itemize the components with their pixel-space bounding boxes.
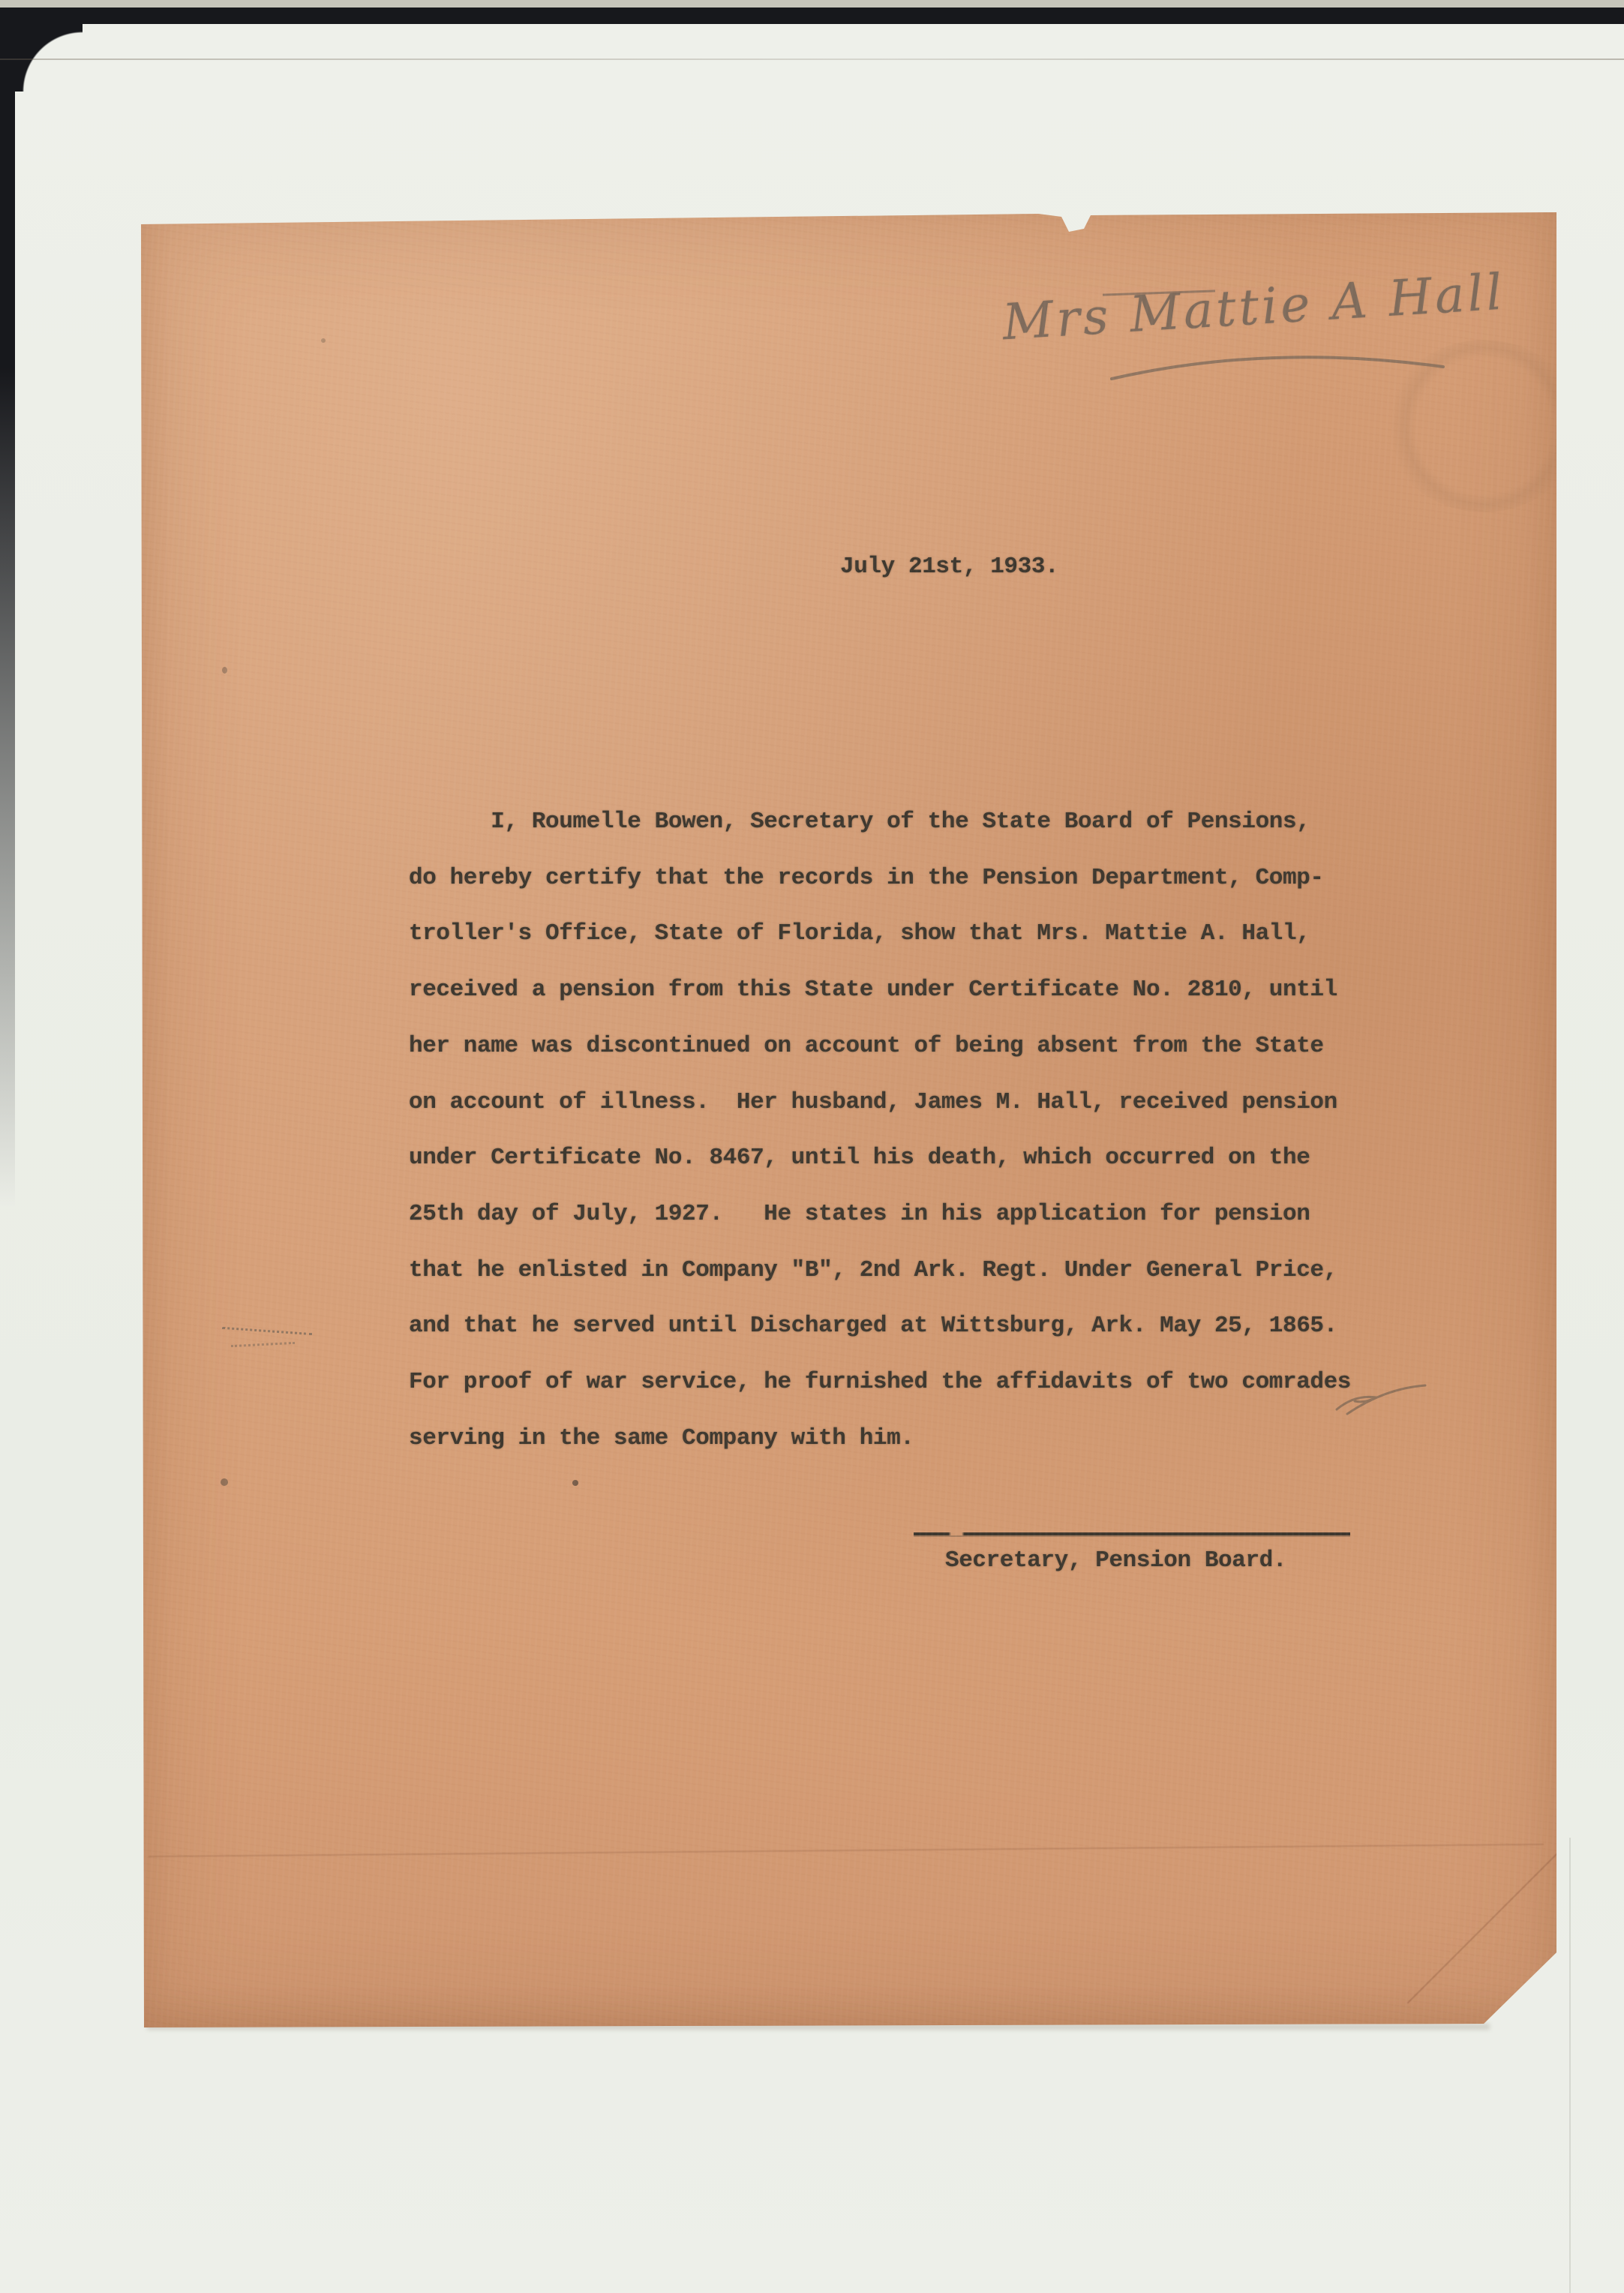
handwritten-name-annotation: Mrs Mattie A Hall bbox=[1001, 263, 1506, 352]
stain-mark bbox=[1386, 340, 1581, 512]
body-line: serving in the same Company with him. bbox=[409, 1411, 1351, 1467]
annotation-underline bbox=[1109, 341, 1446, 386]
body-line: her name was discontinued on account of … bbox=[409, 1019, 1351, 1075]
pencil-speck bbox=[222, 667, 227, 674]
letter-body: I, Roumelle Bowen, Secretary of the Stat… bbox=[409, 794, 1351, 1466]
body-line: that he enlisted in Company "B", 2nd Ark… bbox=[409, 1243, 1351, 1299]
body-line: I, Roumelle Bowen, Secretary of the Stat… bbox=[409, 794, 1351, 851]
signature-title: Secretary, Pension Board. bbox=[945, 1547, 1286, 1574]
scanner-shadow-left bbox=[0, 8, 15, 1208]
signature-rule bbox=[914, 1532, 1350, 1535]
body-line: do hereby certify that the records in th… bbox=[409, 851, 1351, 907]
scanned-letter-page: Mrs Mattie A Hall July 21st, 1933. I, Ro… bbox=[0, 0, 1624, 2293]
scanner-shadow-top bbox=[0, 8, 1624, 24]
body-line: under Certificate No. 8467, until his de… bbox=[409, 1130, 1351, 1187]
background-crease-line bbox=[0, 59, 1624, 60]
ink-speck bbox=[572, 1480, 578, 1486]
scanner-edge-top bbox=[0, 0, 1624, 8]
letter-sheet: Mrs Mattie A Hall July 21st, 1933. I, Ro… bbox=[141, 212, 1556, 2027]
date-line: July 21st, 1933. bbox=[840, 554, 1058, 580]
body-line: For proof of war service, he furnished t… bbox=[409, 1355, 1351, 1411]
body-line: received a pension from this State under… bbox=[409, 962, 1351, 1019]
margin-smudge bbox=[222, 1327, 312, 1337]
body-line: on account of illness. Her husband, Jame… bbox=[409, 1075, 1351, 1131]
scan-rounded-corner bbox=[15, 24, 83, 92]
fold-crease-line bbox=[149, 1844, 1544, 1857]
body-line: troller's Office, State of Florida, show… bbox=[409, 906, 1351, 962]
pencil-speck bbox=[321, 338, 326, 343]
pencil-squiggle bbox=[1332, 1381, 1430, 1426]
pencil-speck bbox=[221, 1478, 228, 1486]
scanner-streak bbox=[1569, 1838, 1571, 2293]
margin-smudge bbox=[231, 1342, 295, 1349]
body-line: and that he served until Discharged at W… bbox=[409, 1298, 1351, 1355]
body-line: 25th day of July, 1927. He states in his… bbox=[409, 1187, 1351, 1243]
